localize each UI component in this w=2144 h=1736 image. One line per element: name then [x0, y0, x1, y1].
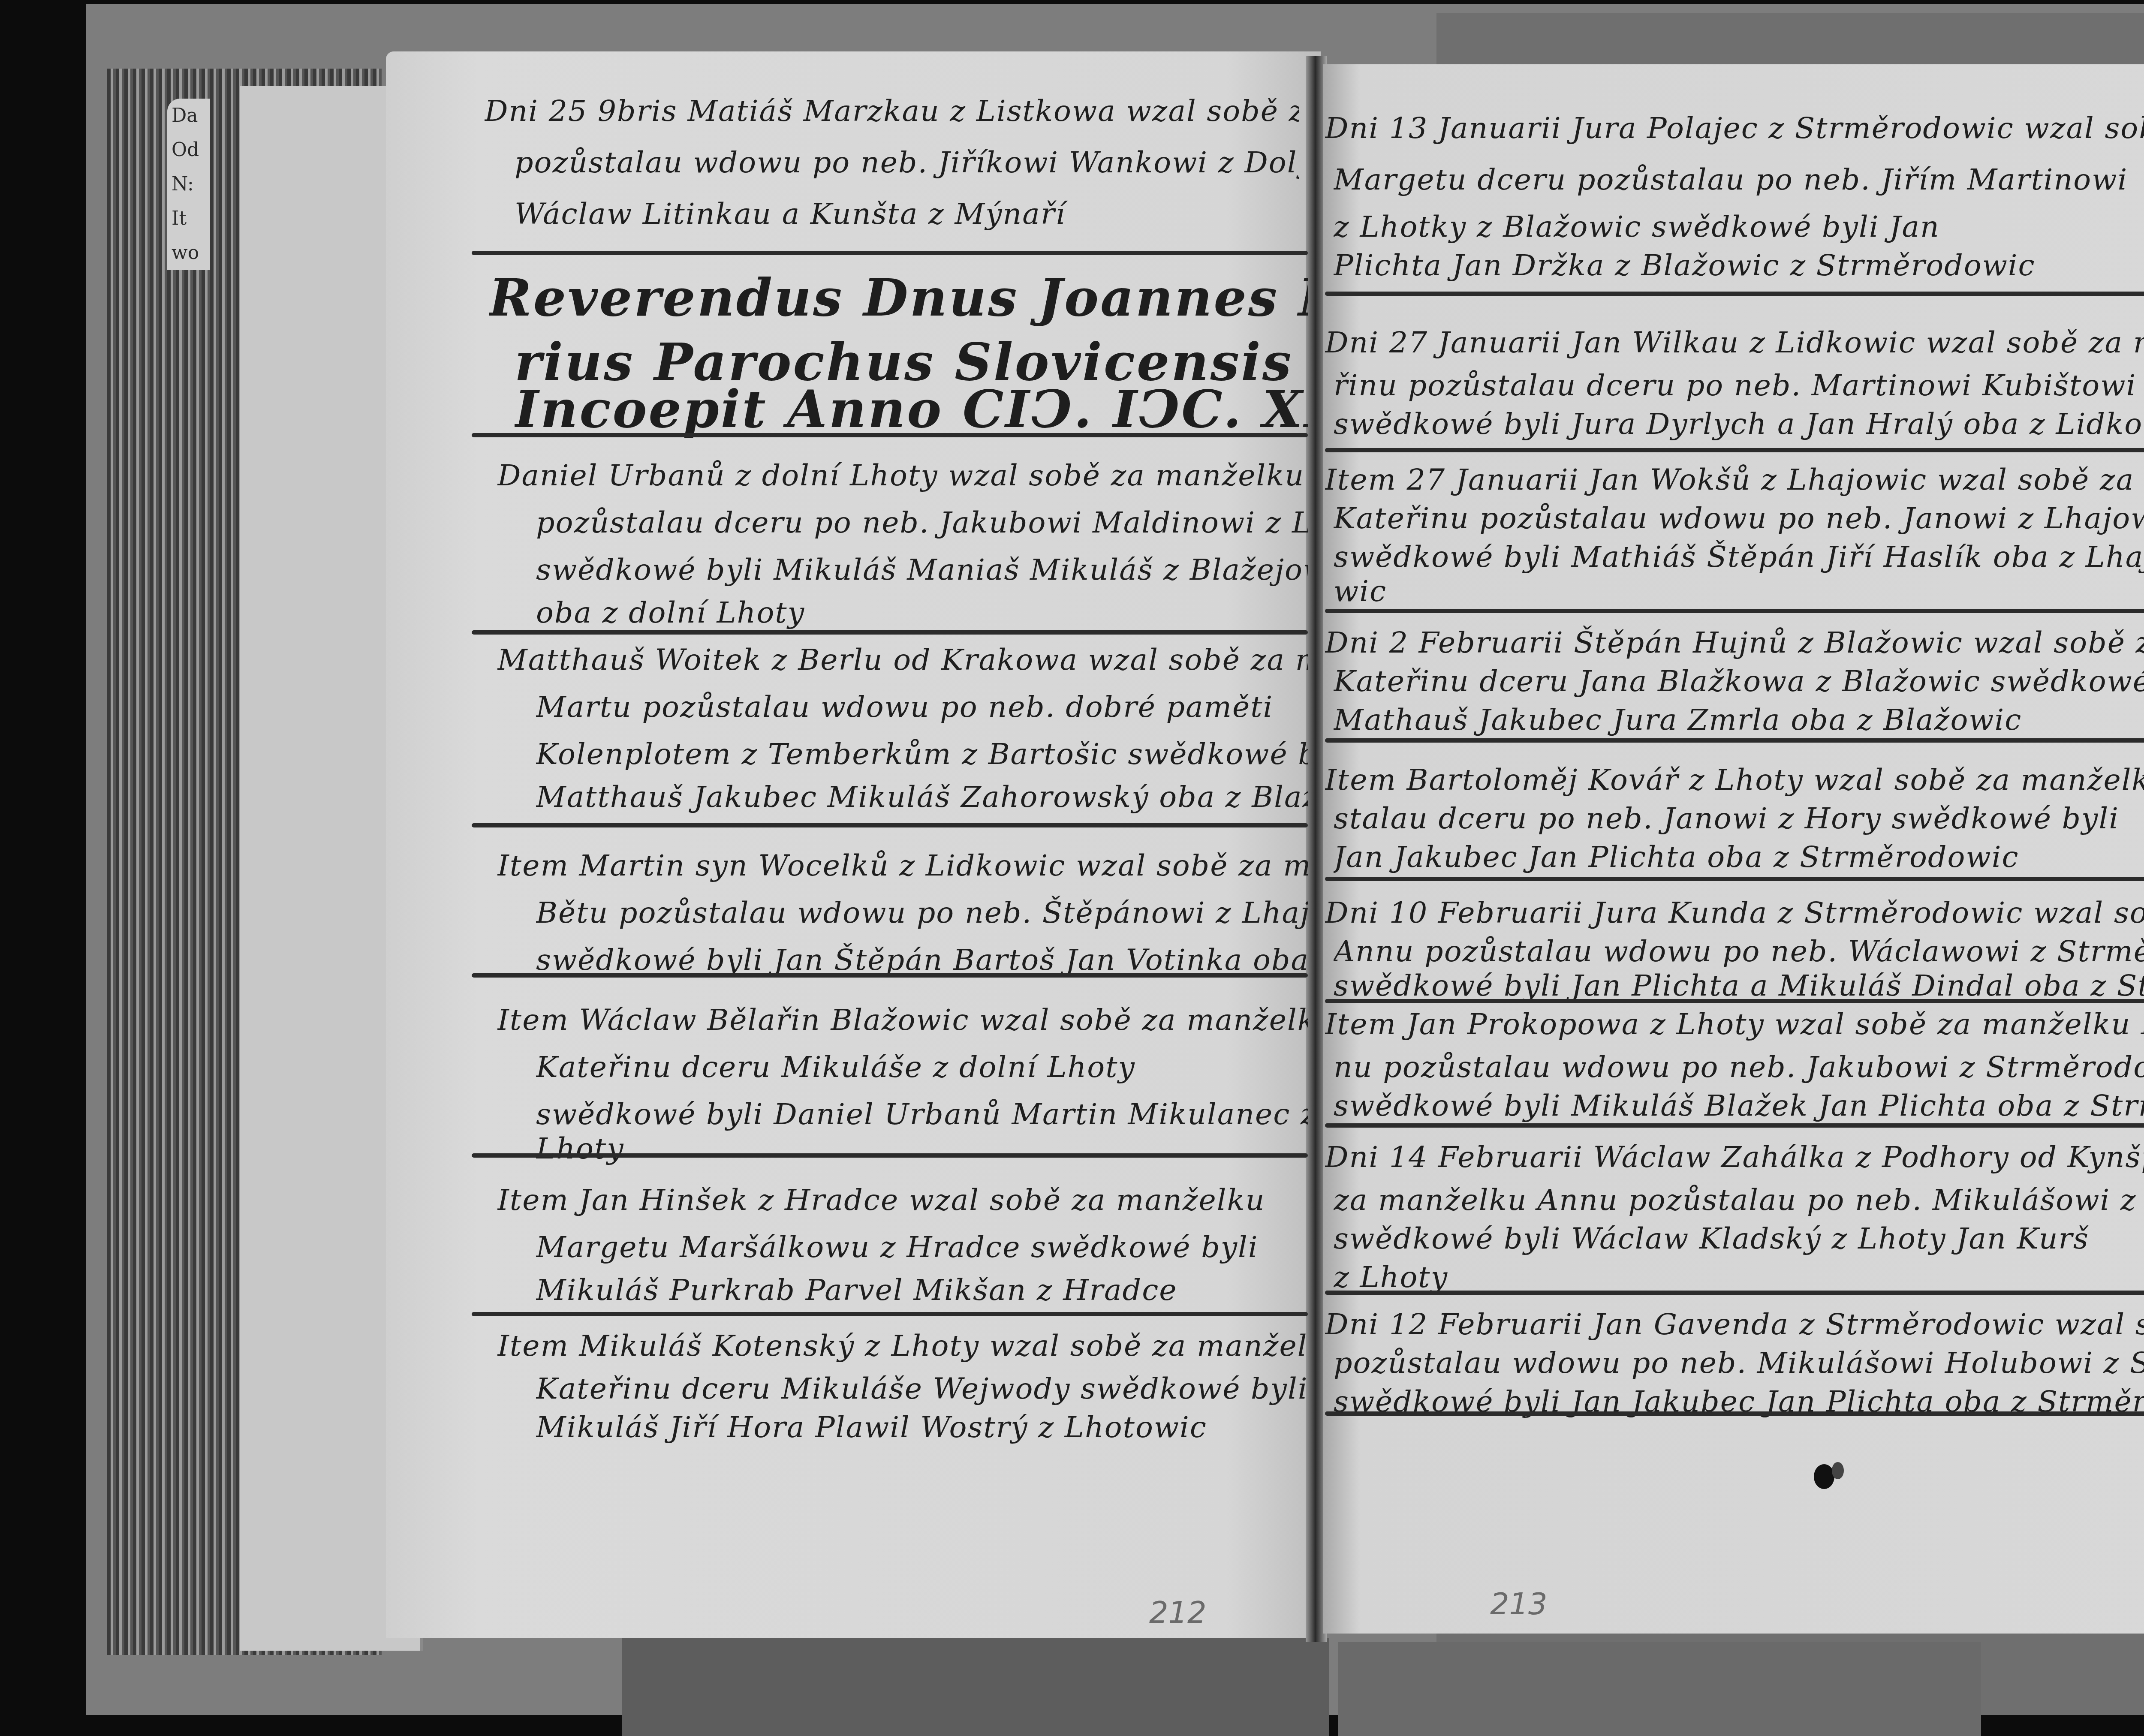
- entry-line: Item Martin syn Wocelků z Lidkowic wzal …: [497, 840, 1308, 892]
- left-top-entry-line-2: pozůstalau wdowu po neb. Jiříkowi Wankow…: [515, 137, 1299, 189]
- entry-divider: [1325, 292, 2144, 296]
- entry-divider: [472, 973, 1308, 978]
- left-top-entry-line-1: Dni 25 9bris Matiáš Marzkau z Listkowa w…: [485, 86, 1299, 137]
- entry-line: Dni 13 Januarii Jura Polajec z Strměrodo…: [1325, 103, 2144, 154]
- entry-line: Lhoty: [536, 1123, 1308, 1175]
- bottom-cover-flap-right: [1338, 1642, 1981, 1736]
- entry-line: Plichta Jan Držka z Blažowic z Strměrodo…: [1334, 240, 2144, 292]
- heading-line-3: Incoepit Anno CIↃ. IↃC. XLVII. die 9 Jan…: [515, 377, 1308, 442]
- entry-divider: [1325, 1291, 2144, 1295]
- entry-line: Mikuláš Purkrab Parvel Mikšan z Hradce: [536, 1265, 1308, 1316]
- entry-divider: [1325, 738, 2144, 743]
- entry-line: Martu pozůstalau wdowu po neb. dobré pam…: [536, 682, 1308, 733]
- entry-line: swědkowé byli Jan Jakubec Jan Plichta ob…: [1334, 1376, 2144, 1428]
- entry-divider: [1325, 1123, 2144, 1128]
- entry-divider: [1325, 609, 2144, 613]
- entry-line: Jan Jakubec Jan Plichta oba z Strměrodow…: [1334, 832, 2144, 883]
- entry-divider: [472, 251, 1308, 255]
- page-number-left: 212: [1149, 1595, 1207, 1630]
- ink-blot: [1814, 1464, 1834, 1489]
- ink-blot-smear: [1832, 1462, 1844, 1479]
- left-top-entry-line-3: Wáclaw Litinkau a Kunšta z Mýnaří: [515, 189, 1299, 240]
- entry-line: Margetu dceru pozůstalau po neb. Jiřím M…: [1334, 154, 2144, 206]
- entry-line: Bětu pozůstalau wdowu po neb. Štěpánowi …: [536, 888, 1308, 939]
- entry-divider: [472, 823, 1308, 827]
- entry-line: Mikuláš Jiří Hora Plawil Wostrý z Lhotow…: [536, 1402, 1308, 1453]
- entry-line: Item Wáclaw Bělařin Blažowic wzal sobě z…: [497, 995, 1308, 1046]
- entry-divider: [1325, 877, 2144, 881]
- entry-line: Matthauš Woitek z Berlu od Krakowa wzal …: [497, 635, 1308, 686]
- side-index-tab: Da Od N: It wo: [167, 99, 210, 270]
- entry-divider: [472, 1153, 1308, 1158]
- entry-divider: [472, 1312, 1308, 1316]
- entry-line: z Lhoty: [1334, 1252, 2144, 1303]
- entry-line: swědkowé byli Jan Štěpán Bartoš Jan Voti…: [536, 935, 1308, 986]
- bottom-cover-flap-left: [622, 1638, 1329, 1736]
- entry-line: Kateřinu dceru Mikuláše z dolní Lhoty: [536, 1042, 1308, 1093]
- entry-line: pozůstalau dceru po neb. Jakubowi Maldin…: [536, 497, 1308, 549]
- entry-line: swědkowé byli Jura Dyrlych a Jan Hralý o…: [1334, 399, 2144, 450]
- heading-line-1: Reverendus Dnus Joannes Maximilianus Orp…: [489, 266, 1308, 330]
- entry-divider: [1325, 448, 2144, 452]
- entry-divider: [472, 630, 1308, 635]
- entry-line: Item Jan Hinšek z Hradce wzal sobě za ma…: [497, 1175, 1308, 1226]
- entry-line: Daniel Urbanů z dolní Lhoty wzal sobě za…: [497, 450, 1308, 502]
- page-number-right: 213: [1490, 1586, 1548, 1622]
- entry-divider: [472, 433, 1308, 437]
- entry-divider: [1325, 1411, 2144, 1416]
- entry-line: Matthauš Jakubec Mikuláš Zahorowský oba …: [536, 772, 1308, 823]
